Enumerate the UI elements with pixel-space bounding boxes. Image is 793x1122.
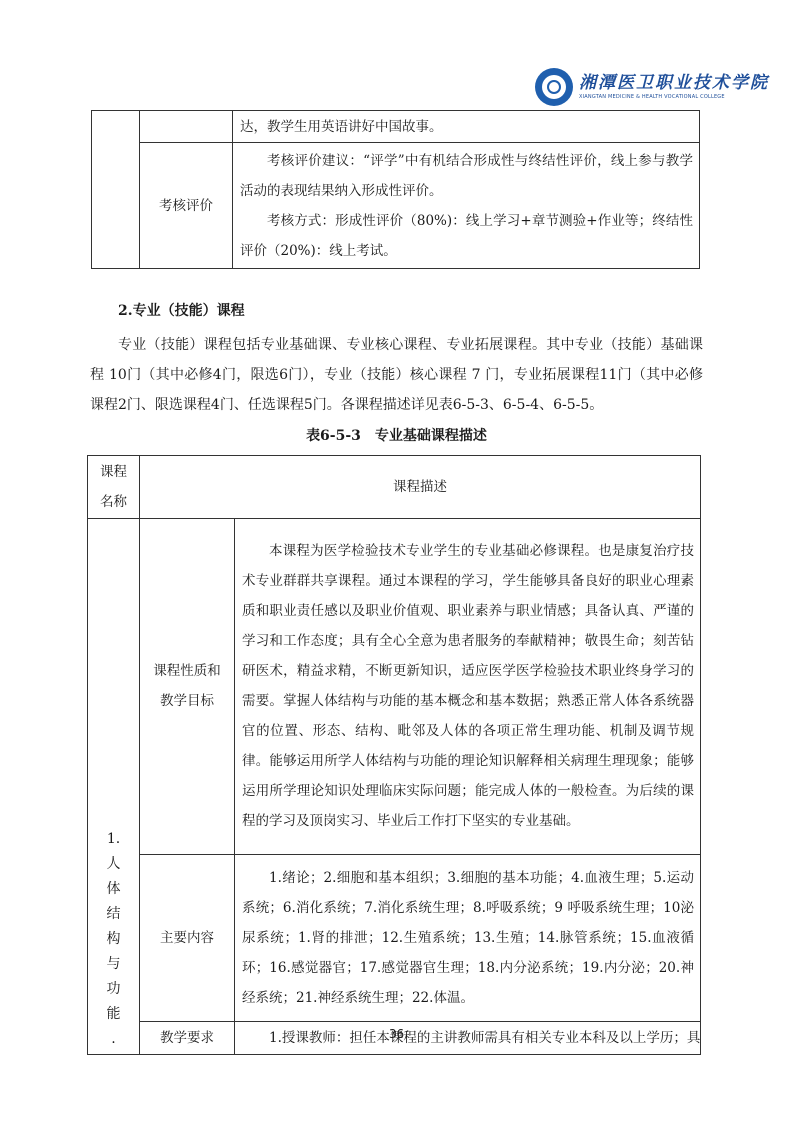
row-label-nature-objectives: 课程性质和 教学目标	[140, 519, 235, 855]
course-name-cell-continued	[92, 111, 140, 269]
page-number: 36	[0, 1027, 793, 1041]
logo-english-name: XIANGTAN MEDICINE & HEALTH VOCATIONAL CO…	[579, 93, 769, 101]
header-course-name: 课程 名称	[88, 456, 140, 519]
label-cell-empty	[140, 111, 233, 143]
table-header-row: 课程 名称 课程描述	[88, 456, 701, 519]
section-heading: 2.专业（技能）课程	[118, 300, 245, 320]
nature-objectives-text: 本课程为医学检验技术专业学生的专业基础必修课程。也是康复治疗技术专业群群共享课程…	[235, 519, 701, 855]
foundation-course-table: 课程 名称 课程描述 1. 人 体 结 构 与 功 能 . 课程性质和 教学目标…	[87, 455, 701, 1055]
logo-chinese-name: 湘潭医卫职业技术学院	[579, 73, 769, 93]
header-course-description: 课程描述	[140, 456, 701, 519]
table-caption: 表6-5-3 专业基础课程描述	[0, 425, 793, 445]
section-paragraph: 专业（技能）课程包括专业基础课、专业核心课程、专业拓展课程。其中专业（技能）基础…	[90, 330, 703, 420]
course-name-cell: 1. 人 体 结 构 与 功 能 .	[88, 519, 140, 1055]
assessment-table-continued: 达，教学生用英语讲好中国故事。 考核评价 考核评价建议：“评学”中有机结合形成性…	[91, 110, 700, 269]
college-emblem-icon	[535, 68, 573, 106]
main-content-text: 1.绪论；2.细胞和基本组织；3.细胞的基本功能；4.血液生理；5.运动系统；6…	[235, 854, 701, 1021]
assessment-suggestion: 考核评价建议：“评学”中有机结合形成性与终结性评价，线上参与教学活动的表现结果纳…	[240, 146, 693, 206]
assessment-label: 考核评价	[140, 143, 233, 269]
table-row: 主要内容 1.绪论；2.细胞和基本组织；3.细胞的基本功能；4.血液生理；5.运…	[88, 854, 701, 1021]
row-label-main-content: 主要内容	[140, 854, 235, 1021]
assessment-method: 考核方式：形成性评价（80%)：线上学习+章节测验+作业等；终结性评价（20%)…	[240, 206, 693, 266]
continued-text-cell: 达，教学生用英语讲好中国故事。	[233, 111, 700, 143]
table-row: 1. 人 体 结 构 与 功 能 . 课程性质和 教学目标 本课程为医学检验技术…	[88, 519, 701, 855]
college-logo: 湘潭医卫职业技术学院 XIANGTAN MEDICINE & HEALTH VO…	[535, 66, 769, 108]
assessment-text-cell: 考核评价建议：“评学”中有机结合形成性与终结性评价，线上参与教学活动的表现结果纳…	[233, 143, 700, 269]
